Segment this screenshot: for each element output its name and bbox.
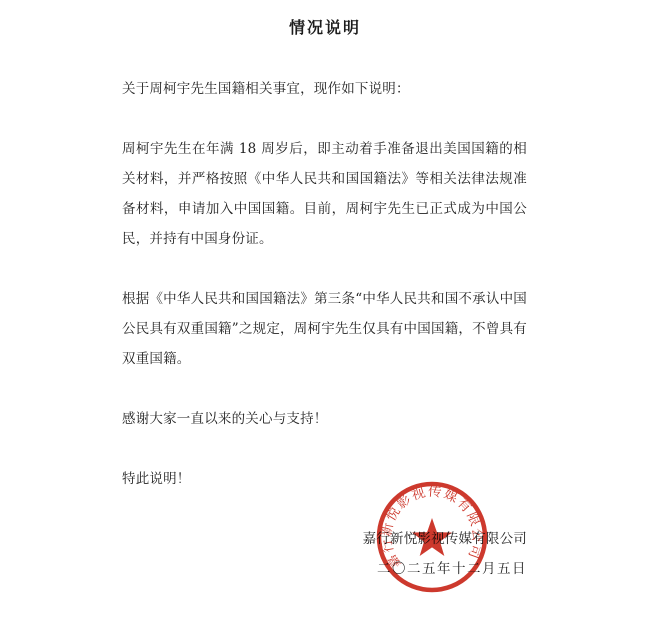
law-paragraph: 根据《中华人民共和国国籍法》第三条“中华人民共和国不承认中国公民具有双重国籍”之… xyxy=(122,284,527,374)
document-body: 关于周柯宇先生国籍相关事宜，现作如下说明： 周柯宇先生在年满 18 周岁后，即主… xyxy=(122,74,527,584)
signature-date: 二〇二五年十二月五日 xyxy=(122,554,527,584)
document-title: 情况说明 xyxy=(0,0,650,43)
signature-company: 嘉行新悦影视传媒有限公司 xyxy=(122,524,527,554)
signature-block: 嘉行新悦影视传媒有限公司 二〇二五年十二月五日 xyxy=(122,524,527,584)
statement-document: 情况说明 关于周柯宇先生国籍相关事宜，现作如下说明： 周柯宇先生在年满 18 周… xyxy=(0,0,650,644)
thanks-paragraph: 感谢大家一直以来的关心与支持！ xyxy=(122,404,527,434)
nationality-paragraph: 周柯宇先生在年满 18 周岁后，即主动着手准备退出美国国籍的相关材料，并严格按照… xyxy=(122,134,527,254)
closing-paragraph: 特此说明！ xyxy=(122,464,527,494)
intro-paragraph: 关于周柯宇先生国籍相关事宜，现作如下说明： xyxy=(122,74,527,104)
